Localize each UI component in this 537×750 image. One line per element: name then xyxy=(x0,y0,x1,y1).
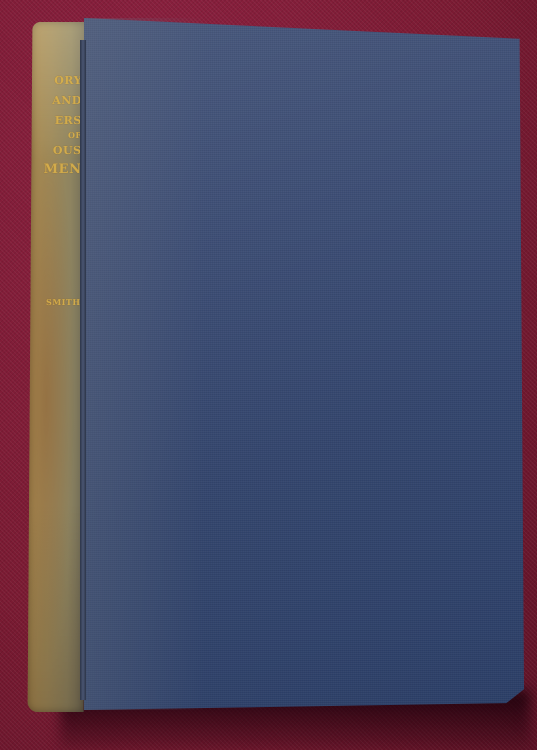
spine-title-line-1: ORY xyxy=(36,74,82,87)
spine-title-line-2: AND xyxy=(36,94,82,107)
book-hinge xyxy=(80,40,86,700)
spine-author: SMITH xyxy=(34,297,80,307)
spine-title-line-4: OF xyxy=(36,130,82,140)
cover-fade-highlight xyxy=(84,18,204,710)
spine-title-line-3: ERS xyxy=(36,114,82,127)
spine-title-line-5: OUS xyxy=(35,144,81,157)
spine-title-line-6: MEN xyxy=(35,162,81,177)
